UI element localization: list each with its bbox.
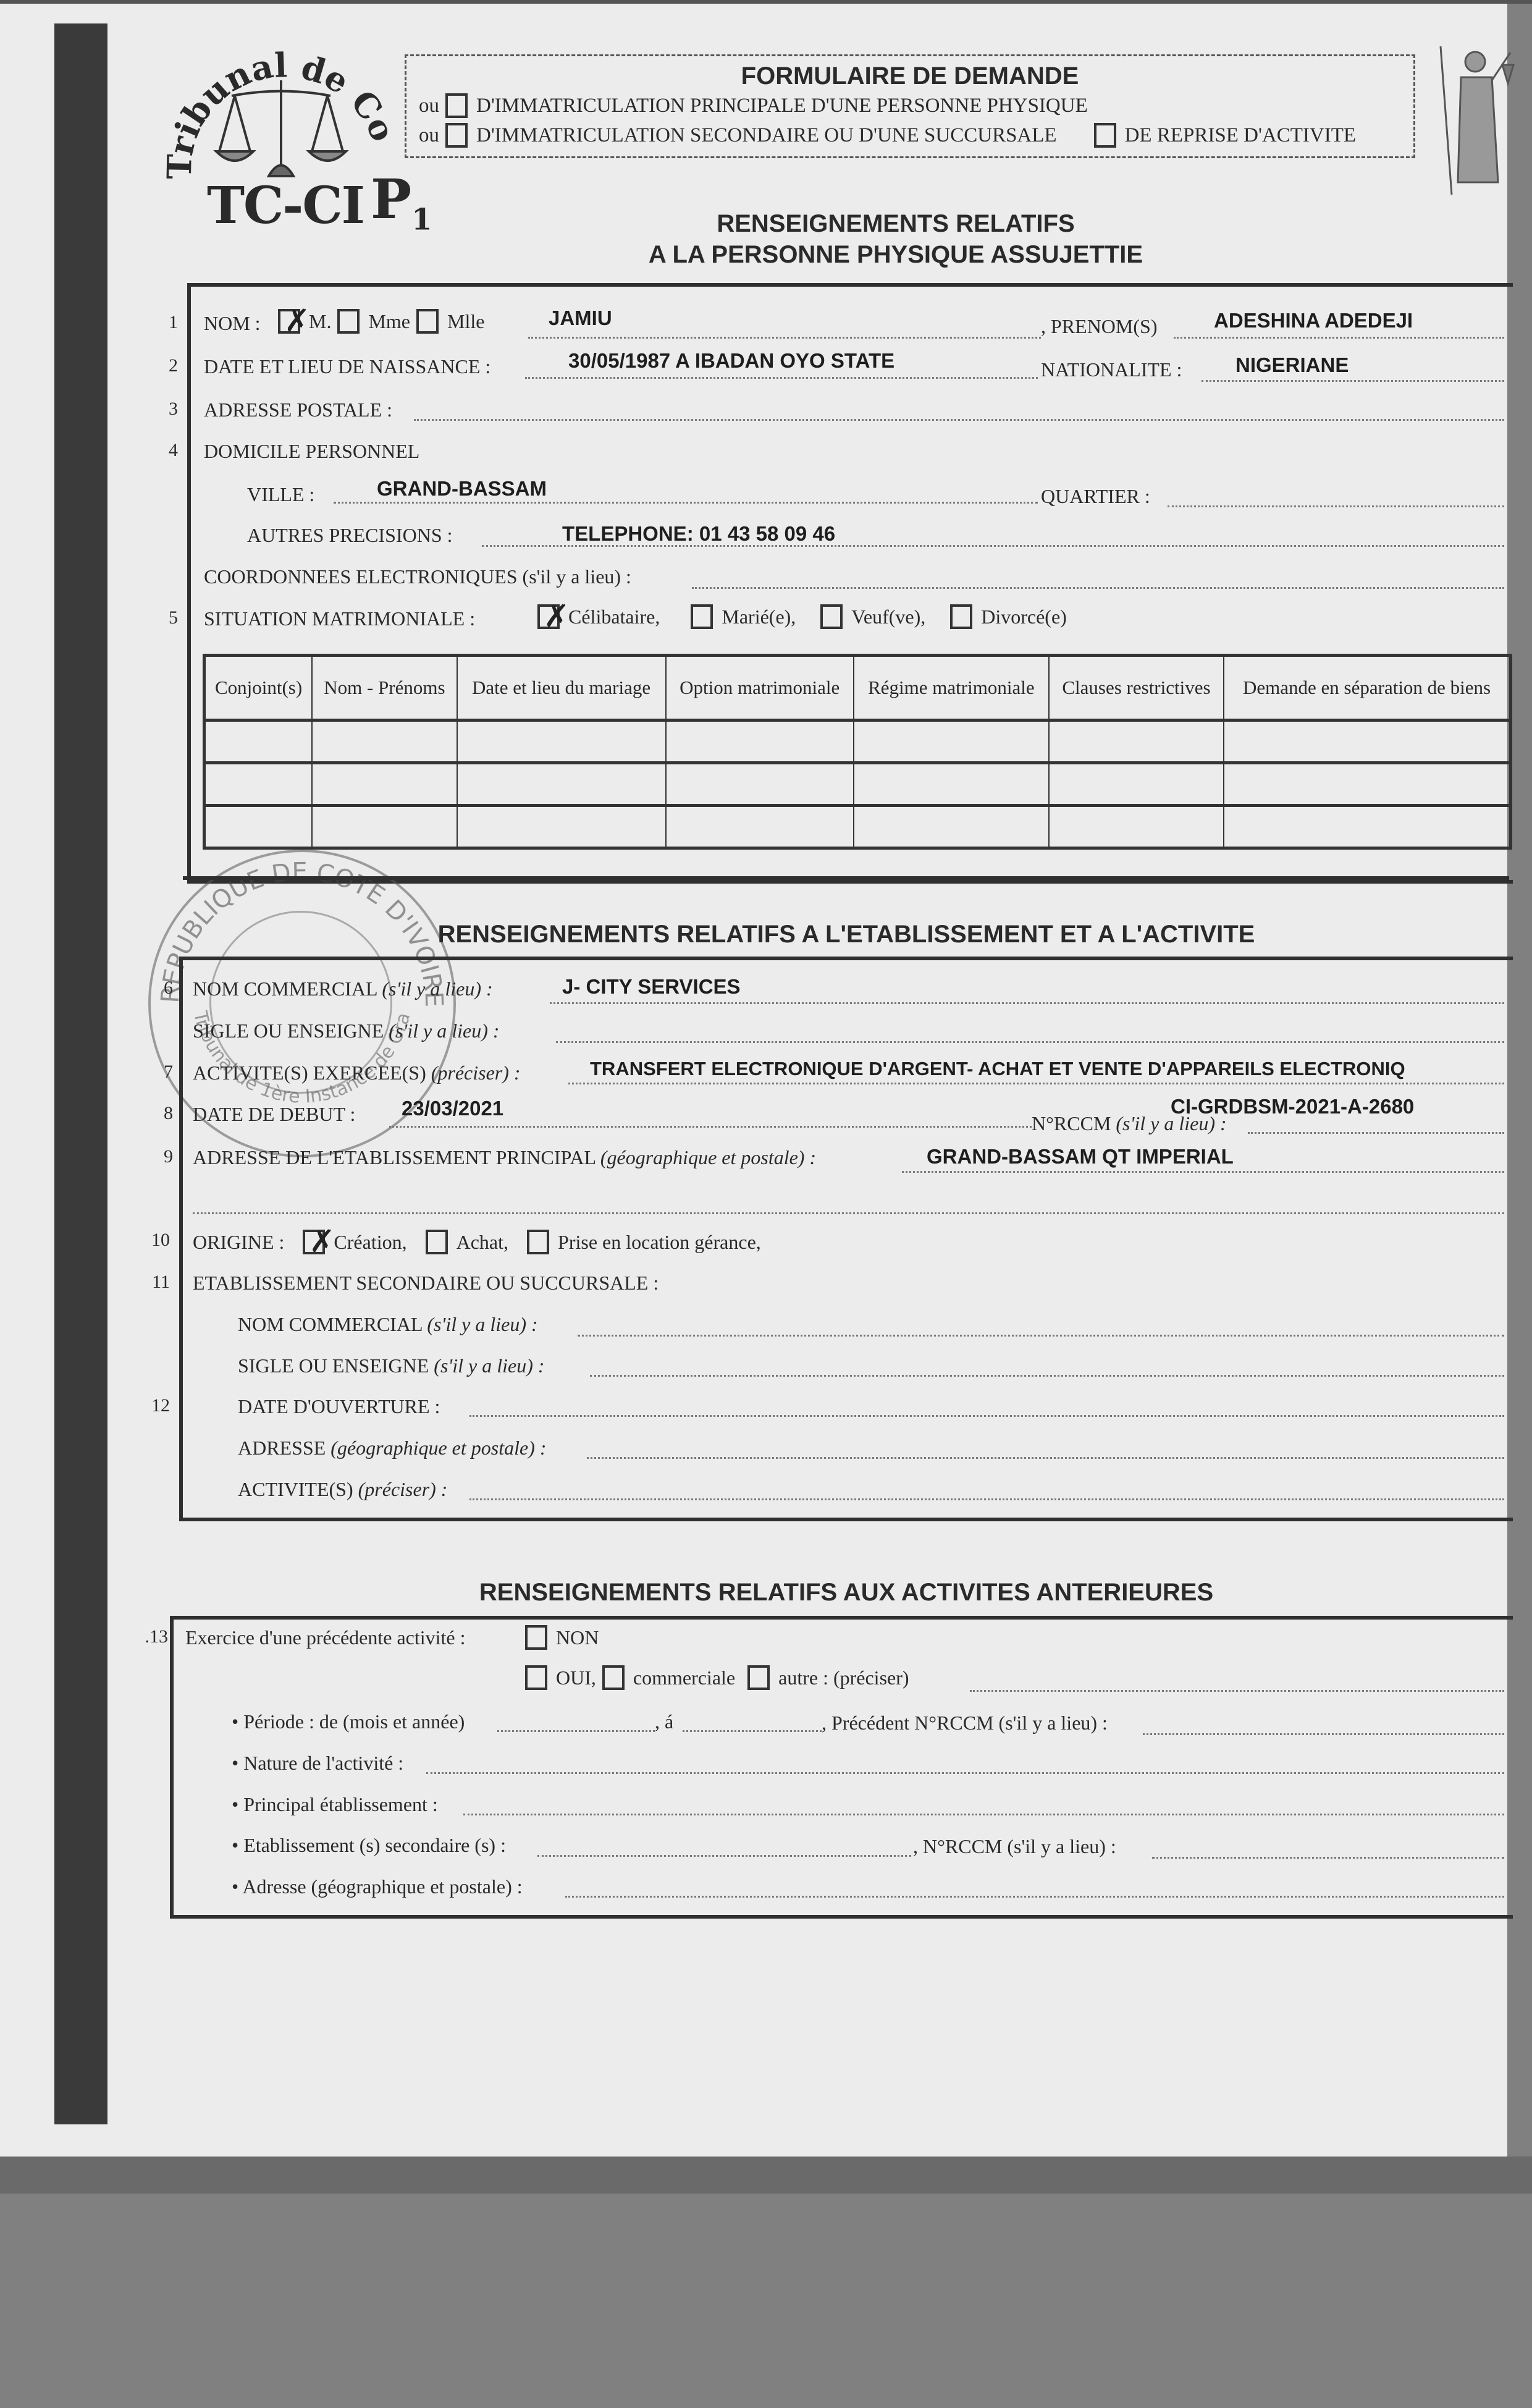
table-cell[interactable] [854, 763, 1049, 806]
table-cell[interactable] [457, 763, 666, 806]
col-demande-separation: Demande en séparation de biens [1224, 656, 1510, 720]
form-page: Ministere de la Justice ⊥ Ministere de l… [0, 0, 1507, 2157]
table-row [204, 763, 1511, 806]
checkbox-non[interactable] [525, 1625, 547, 1650]
col-clauses-restrictives: Clauses restrictives [1049, 656, 1224, 720]
row-number: 10 [145, 1230, 170, 1251]
nom-value[interactable]: JAMIU [549, 306, 612, 330]
rccm-label: N°RCCM (s'il y a lieu) : [1032, 1112, 1227, 1135]
checkbox-commerciale[interactable] [602, 1665, 625, 1690]
activite-label: ACTIVITE(S) EXERCEE(S) (préciser) : [193, 1062, 521, 1084]
date-debut-label: DATE DE DEBUT : [193, 1103, 355, 1126]
marital-table: Conjoint(s) Nom - Prénoms Date et lieu d… [203, 654, 1512, 850]
tribunal-logo: Tribunal de Commerce TC-CI P1 [154, 19, 414, 241]
table-row [204, 720, 1511, 763]
principal-etablissement-input[interactable] [463, 1814, 1504, 1815]
activite-value[interactable]: TRANSFERT ELECTRONIQUE D'ARGENT- ACHAT E… [590, 1058, 1405, 1080]
adresse-principal-line [902, 1171, 1504, 1173]
lady-justice-icon [1433, 28, 1520, 213]
ministry-side-band: Ministere de la Justice ⊥ Ministere de l… [54, 23, 107, 2124]
row-number: .13 [137, 1626, 168, 1647]
rccm-line [1248, 1132, 1504, 1134]
checkbox-celibataire[interactable] [537, 604, 560, 629]
table-cell[interactable] [457, 806, 666, 848]
section1-title-line1: RENSEIGNEMENTS RELATIFS [556, 210, 1235, 238]
prenom-label: , PRENOM(S) [1041, 315, 1157, 338]
nationalite-value[interactable]: NIGERIANE [1235, 353, 1349, 377]
table-cell[interactable] [666, 806, 854, 848]
periode-de-input[interactable] [497, 1730, 655, 1732]
sigle-input[interactable] [556, 1041, 1504, 1043]
request-type-box: FORMULAIRE DE DEMANDE ou D'IMMATRICULATI… [405, 54, 1415, 158]
section1-title-line2: A LA PERSONNE PHYSIQUE ASSUJETTIE [556, 241, 1235, 269]
situation-options: Célibataire, Marié(e), Veuf(ve), Divorcé… [531, 604, 1067, 629]
periode-a-input[interactable] [683, 1730, 822, 1732]
row-number: 8 [148, 1103, 173, 1124]
adresse-principal-line-2[interactable] [193, 1212, 1504, 1214]
table-cell[interactable] [457, 720, 666, 763]
civility-group: M. Mme Mlle [272, 309, 484, 334]
section-divider [183, 876, 1509, 880]
secondaire-rccm-label: , N°RCCM (s'il y a lieu) : [913, 1835, 1116, 1858]
row-number: 2 [153, 355, 178, 376]
date-debut-value[interactable]: 23/03/2021 [402, 1097, 503, 1120]
ville-label: VILLE : [247, 483, 314, 506]
activite-line [568, 1083, 1504, 1084]
sec-nom-commercial-input[interactable] [578, 1335, 1504, 1337]
checkbox-oui[interactable] [525, 1665, 547, 1690]
quartier-label: QUARTIER : [1041, 485, 1150, 508]
nom-label: NOM : [204, 312, 261, 335]
adresse-postale-input[interactable] [414, 419, 1504, 421]
non-option: NON [519, 1625, 599, 1650]
sec-adresse-input[interactable] [587, 1457, 1504, 1459]
ville-line [334, 502, 1038, 504]
table-header-row: Conjoint(s) Nom - Prénoms Date et lieu d… [204, 656, 1511, 720]
autres-precisions-value[interactable]: TELEPHONE: 01 43 58 09 46 [562, 522, 835, 546]
table-cell[interactable] [204, 763, 313, 806]
checkbox-principal[interactable] [445, 93, 468, 118]
sec-nom-commercial-label: NOM COMMERCIAL (s'il y a lieu) : [238, 1313, 538, 1336]
date-ouverture-label: DATE D'OUVERTURE : [238, 1395, 440, 1418]
row-number: 11 [145, 1272, 170, 1293]
table-cell[interactable] [1224, 720, 1510, 763]
row-number: 4 [153, 440, 178, 461]
table-cell[interactable] [312, 763, 457, 806]
sec-adresse-label: ADRESSE (géographique et postale) : [238, 1437, 547, 1460]
etablissement-secondaire-label: ETABLISSEMENT SECONDAIRE OU SUCCURSALE : [193, 1272, 659, 1295]
table-cell[interactable] [666, 720, 854, 763]
precedente-activite-label: Exercice d'une précédente activité : [185, 1626, 466, 1649]
oui-options: OUI, commerciale autre : (préciser) [519, 1665, 909, 1690]
checkbox-marie[interactable] [691, 604, 713, 629]
logo-arc-text: Tribunal de Commerce [154, 19, 403, 179]
table-cell[interactable] [204, 806, 313, 848]
quartier-input[interactable] [1168, 505, 1504, 507]
checkbox-achat[interactable] [426, 1230, 448, 1254]
col-option-matrimoniale: Option matrimoniale [666, 656, 854, 720]
naissance-value[interactable]: 30/05/1987 A IBADAN OYO STATE [568, 349, 894, 373]
prenom-line [1174, 337, 1504, 339]
row-number: 7 [148, 1062, 173, 1083]
periode-label: • Période : de (mois et année) [232, 1710, 465, 1733]
col-nom-prenoms: Nom - Prénoms [312, 656, 457, 720]
adresse-principal-label: ADRESSE DE L'ETABLISSEMENT PRINCIPAL (gé… [193, 1146, 816, 1169]
nature-activite-label: • Nature de l'activité : [232, 1752, 403, 1775]
sec-sigle-input[interactable] [590, 1375, 1504, 1377]
row-number: 5 [153, 607, 178, 628]
logo-code: TC-CI [207, 176, 364, 235]
secondaire-rccm-input[interactable] [1152, 1857, 1504, 1859]
table-cell[interactable] [1049, 720, 1224, 763]
nature-activite-input[interactable] [426, 1772, 1504, 1774]
periode-a-label: , á [655, 1710, 673, 1733]
coordonnees-input[interactable] [692, 587, 1504, 589]
checkbox-secondaire[interactable] [445, 123, 468, 148]
date-ouverture-input[interactable] [469, 1415, 1504, 1417]
table-cell[interactable] [1224, 806, 1510, 848]
precedent-rccm-label: , Précédent N°RCCM (s'il y a lieu) : [822, 1712, 1108, 1734]
row-number: 1 [153, 312, 178, 333]
option-secondaire: ou D'IMMATRICULATION SECONDAIRE OU D'UNE… [419, 123, 1356, 148]
table-cell[interactable] [854, 806, 1049, 848]
checkbox-veuf[interactable] [820, 604, 843, 629]
table-cell[interactable] [1224, 763, 1510, 806]
sec-sigle-label: SIGLE OU ENSEIGNE (s'il y a lieu) : [238, 1354, 545, 1377]
autre-preciser-input[interactable] [970, 1690, 1504, 1692]
checkbox-divorce[interactable] [950, 604, 972, 629]
adresse-postale-label: ADRESSE POSTALE : [204, 399, 392, 421]
adresse-ant-input[interactable] [565, 1896, 1504, 1898]
sec-activite-input[interactable] [469, 1498, 1504, 1500]
checkbox-reprise[interactable] [1094, 123, 1116, 148]
sigle-label: SIGLE OU ENSEIGNE (s'il y a lieu) : [193, 1020, 500, 1042]
nom-commercial-line [550, 1002, 1504, 1004]
col-regime-matrimoniale: Régime matrimoniale [854, 656, 1049, 720]
scan-edge [0, 0, 1532, 4]
col-date-lieu-mariage: Date et lieu du mariage [457, 656, 666, 720]
origine-group: ORIGINE : Création, Achat, Prise en loca… [193, 1230, 761, 1254]
domicile-label: DOMICILE PERSONNEL [204, 440, 419, 463]
option-principal: ou D'IMMATRICULATION PRINCIPALE D'UNE PE… [419, 93, 1088, 118]
nationalite-label: NATIONALITE : [1041, 358, 1182, 381]
nom-commercial-value[interactable]: J- CITY SERVICES [562, 975, 741, 999]
adresse-principal-value[interactable]: GRAND-BASSAM QT IMPERIAL [927, 1145, 1234, 1168]
nom-line [528, 337, 1041, 339]
table-row [204, 806, 1511, 848]
row-number: 6 [148, 978, 173, 999]
naissance-label: DATE ET LIEU DE NAISSANCE : [204, 355, 490, 378]
principal-etablissement-label: • Principal établissement : [232, 1793, 438, 1816]
ville-value[interactable]: GRAND-BASSAM [377, 477, 547, 501]
situation-label: SITUATION MATRIMONIALE : [204, 607, 475, 630]
checkbox-mme[interactable] [337, 309, 360, 334]
row-number: 12 [145, 1395, 170, 1416]
col-conjoints: Conjoint(s) [204, 656, 313, 720]
adresse-ant-label: • Adresse (géographique et postale) : [232, 1875, 523, 1898]
svg-text:Tribunal de Commerce: Tribunal de Commerce [154, 19, 403, 179]
table-cell[interactable] [1049, 806, 1224, 848]
checkbox-mlle[interactable] [416, 309, 439, 334]
logo-form-id: P1 [371, 167, 432, 237]
precedent-rccm-input[interactable] [1143, 1733, 1504, 1735]
row-number: 9 [148, 1146, 173, 1167]
checkbox-location-gerance[interactable] [527, 1230, 549, 1254]
etablissement-secondaire-ant-input[interactable] [537, 1855, 911, 1857]
table-cell[interactable] [312, 806, 457, 848]
checkbox-creation[interactable] [303, 1230, 325, 1254]
section2-title: RENSEIGNEMENTS RELATIFS A L'ETABLISSEMEN… [383, 921, 1310, 948]
etablissement-secondaire-ant-label: • Etablissement (s) secondaire (s) : [232, 1834, 506, 1857]
table-cell[interactable] [1049, 763, 1224, 806]
nationalite-line [1202, 380, 1504, 382]
table-cell[interactable] [854, 720, 1049, 763]
scanner-edge [0, 2157, 1532, 2194]
table-cell[interactable] [312, 720, 457, 763]
prenom-value[interactable]: ADESHINA ADEDEJI [1214, 309, 1413, 332]
row-number: 3 [153, 399, 178, 420]
naissance-line [525, 377, 1038, 379]
sec-activite-label: ACTIVITE(S) (préciser) : [238, 1478, 447, 1501]
checkbox-m[interactable] [278, 309, 300, 334]
nom-commercial-label: NOM COMMERCIAL (s'il y a lieu) : [193, 978, 493, 1000]
coordonnees-label: COORDONNEES ELECTRONIQUES (s'il y a lieu… [204, 565, 631, 588]
checkbox-autre[interactable] [747, 1665, 770, 1690]
form-title: FORMULAIRE DE DEMANDE [406, 62, 1413, 90]
date-debut-line [389, 1126, 1032, 1128]
table-cell[interactable] [204, 720, 313, 763]
table-cell[interactable] [666, 763, 854, 806]
autres-precisions-label: AUTRES PRECISIONS : [247, 524, 453, 547]
section3-title: RENSEIGNEMENTS RELATIFS AUX ACTIVITES AN… [383, 1579, 1310, 1607]
